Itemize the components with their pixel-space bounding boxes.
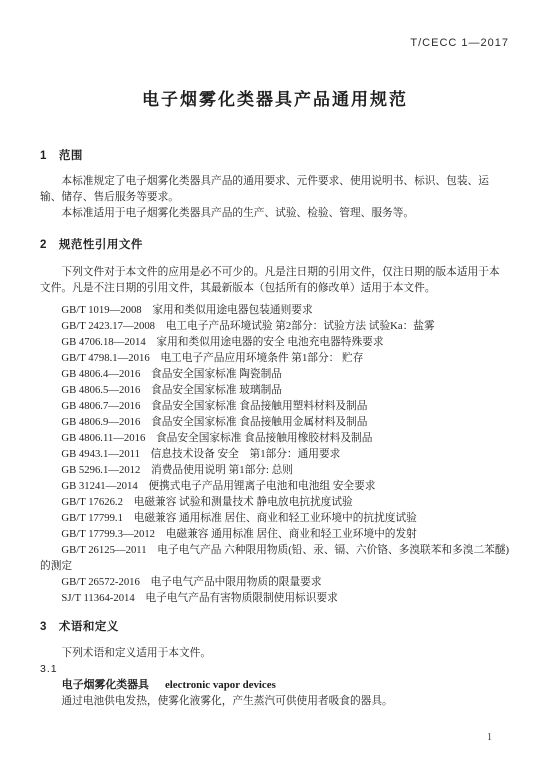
- clause-number: 3.1: [40, 661, 510, 677]
- reference-item: SJ/T 11364-2014 电子电气产品有害物质限制使用标识要求: [40, 590, 510, 606]
- section-1-paragraph: 本标准适用于电子烟雾化类器具产品的生产、试验、检验、管理、服务等。: [40, 205, 510, 221]
- reference-item: GB/T 1019—2008 家用和类似用途电器包装通则要求: [40, 302, 510, 318]
- reference-item: GB 4806.11—2016 食品安全国家标准 食品接触用橡胶材料及制品: [40, 430, 510, 446]
- section-2-intro-paragraph: 下列文件对于本文件的应用是必不可少的。凡是注日期的引用文件，仅注日期的版本适用于…: [40, 264, 510, 296]
- section-1-paragraph: 本标准规定了电子烟雾化类器具产品的通用要求、元件要求、使用说明书、标识、包装、运…: [40, 173, 510, 205]
- term-chinese: 电子烟雾化类器具: [62, 679, 149, 691]
- reference-item: GB/T 17626.2 电磁兼容 试验和测量技术 静电放电抗扰度试验: [40, 494, 510, 510]
- section-3-heading: 3 术语和定义: [40, 620, 510, 634]
- normative-references-list: GB/T 1019—2008 家用和类似用途电器包装通则要求 GB/T 2423…: [40, 302, 510, 606]
- standard-reference-number: T/CECC 1—2017: [410, 37, 509, 49]
- reference-item: GB/T 26125—2011 电子电气产品 六种限用物质(铅、汞、镉、六价铬、…: [40, 542, 510, 574]
- term-definition-text: 通过电池供电发热，使雾化液雾化，产生蒸汽可供使用者吸食的器具。: [40, 693, 510, 709]
- section-2-heading: 2 规范性引用文件: [40, 238, 510, 252]
- term-english: electronic vapor devices: [165, 679, 276, 691]
- reference-item: GB 4806.5—2016 食品安全国家标准 玻璃制品: [40, 382, 510, 398]
- reference-item: GB 4806.7—2016 食品安全国家标准 食品接触用塑料材料及制品: [40, 398, 510, 414]
- section-1-heading: 1 范围: [40, 149, 510, 163]
- reference-item: GB 31241—2014 便携式电子产品用锂离子电池和电池组 安全要求: [40, 478, 510, 494]
- term-definition-heading: 电子烟雾化类器具electronic vapor devices: [40, 677, 510, 693]
- section-3-intro-paragraph: 下列术语和定义适用于本文件。: [40, 645, 510, 661]
- reference-item: GB/T 4798.1—2016 电工电子产品应用环境条件 第1部分： 贮存: [40, 350, 510, 366]
- page-number: 1: [487, 732, 492, 743]
- document-title: 电子烟雾化类器具产品通用规范: [40, 0, 510, 112]
- reference-item: GB 4806.9—2016 食品安全国家标准 食品接触用金属材料及制品: [40, 414, 510, 430]
- reference-item: GB/T 26572-2016 电子电气产品中限用物质的限量要求: [40, 574, 510, 590]
- reference-item: GB/T 2423.17—2008 电工电子产品环境试验 第2部分：试验方法 试…: [40, 318, 510, 334]
- reference-item: GB 5296.1—2012 消费品使用说明 第1部分: 总则: [40, 462, 510, 478]
- reference-item: GB 4806.4—2016 食品安全国家标准 陶瓷制品: [40, 366, 510, 382]
- reference-item: GB/T 17799.3—2012 电磁兼容 通用标准 居住、商业和轻工业环境中…: [40, 526, 510, 542]
- reference-item: GB 4706.18—2014 家用和类似用途电器的安全 电池充电器特殊要求: [40, 334, 510, 350]
- document-page: T/CECC 1—2017 电子烟雾化类器具产品通用规范 1 范围 本标准规定了…: [0, 0, 550, 760]
- reference-item: GB 4943.1—2011 信息技术设备 安全 第1部分：通用要求: [40, 446, 510, 462]
- reference-item: GB/T 17799.1 电磁兼容 通用标准 居住、商业和轻工业环境中的抗扰度试…: [40, 510, 510, 526]
